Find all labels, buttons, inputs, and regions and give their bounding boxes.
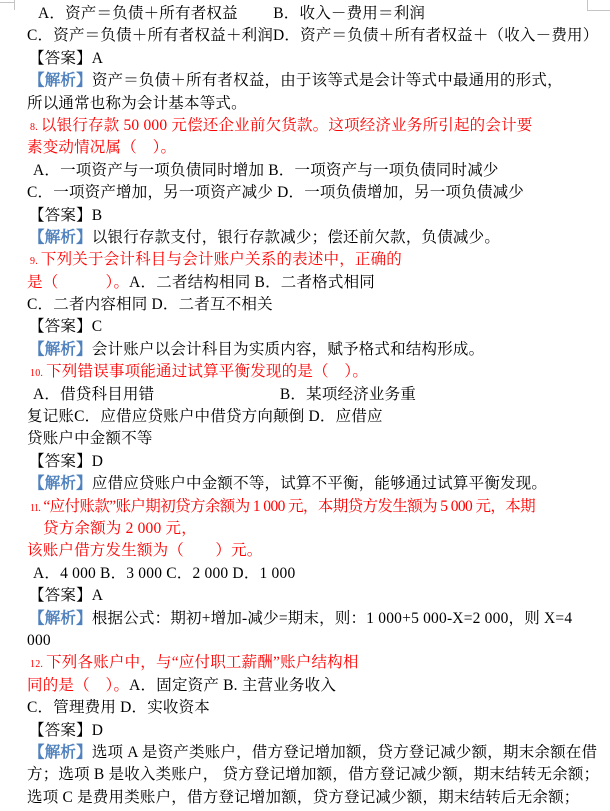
body-text: 根据公式：期初+增加-减少=期末，则：1 000+5 000-X=2 000，则… [92,610,572,627]
analysis-label: 【解析】 [29,610,92,627]
document-page: A．资产＝负债＋所有者权益 B．收入－费用＝利润C．资产＝负债＋所有者权益＋利润… [0,0,610,811]
body-text: 【答案】C [29,318,102,335]
analysis-label: 【解析】 [29,229,92,246]
question-text: 该账户借方发生额为（ ）元。 [27,542,263,559]
body-text: C．资产＝负债＋所有者权益＋利润D．资产＝负债＋所有者权益＋（收入－费用） [27,27,598,44]
question-line-q11: 11.“应付账款”账户期初贷方余额为 1 000 元，本期贷方发生额为 5 00… [0,496,610,518]
question-number: 12. [30,659,43,670]
answer-line-q7: 【答案】A [0,48,610,70]
answer-line-q12: 【答案】D [0,720,610,742]
question-line-q11-cont1: 贷方余额为 2 000 元， [0,518,610,540]
answer-line-q8: 【答案】B [0,205,610,227]
body-text: 资产＝负债＋所有者权益，由于该等式是会计等式中最通用的形式， [92,72,563,89]
question-line-q8-cont: 素变动情况属（ ）。 [0,137,610,159]
analysis-line-q11: 【解析】根据公式：期初+增加-减少=期末，则：1 000+5 000-X=2 0… [0,608,610,630]
options-line-q7-cd: C．资产＝负债＋所有者权益＋利润D．资产＝负债＋所有者权益＋（收入－费用） [0,25,610,47]
body-text: 选项 A 是资产类账户，借方登记增加额，贷方登记减少额，期末余额在借 [92,744,597,761]
answer-line-q9: 【答案】C [0,316,610,338]
body-text: 【答案】A [29,50,103,67]
question-text: 下列错误事项能通过试算平衡发现的是（ ）。 [46,363,368,380]
body-text: 【答案】B [29,207,102,224]
body-text: A．固定资产 B. 主营业务收入 [129,677,336,694]
question-text: 是（ ）。 [27,274,129,291]
body-text: 贷账户中金额不等 [27,430,153,447]
options-line-q10-ab: A．借贷科目用错 B．某项经济业务重 [0,384,610,406]
options-line-q12-cd: C．管理费用 D．实收资本 [0,697,610,719]
options-line-q8-ab: A．一项资产与一项负债同时增加 B．一项资产与一项负债同时减少 [0,160,610,182]
body-text: 应借应贷账户中金额不等，试算不平衡，能够通过试算平衡发现。 [92,475,547,492]
question-number: 11. [30,503,40,514]
options-line-q7-ab: A．资产＝负债＋所有者权益 B．收入－费用＝利润 [0,3,610,25]
body-text: A．一项资产与一项负债同时增加 B．一项资产与一项负债同时减少 [33,162,499,179]
options-line-q11: A．4 000 B．3 000 C．2 000 D．1 000 [0,563,610,585]
options-line-q10-cd: 复记账C．应借应贷账户中借贷方向颠倒 D．应借应 [0,406,610,428]
body-text: 方；选项 B 是收入类账户， 贷方登记增加额，借方登记减少额，期末结转无余额； [27,766,599,783]
body-text: C．管理费用 D．实收资本 [27,699,210,716]
body-text: A．二者结构相同 B．二者格式相同 [129,274,375,291]
question-line-q12-cont: 同的是（ ）。A．固定资产 B. 主营业务收入 [0,675,610,697]
body-text: A．借贷科目用错 B．某项经济业务重 [33,386,416,403]
analysis-line-q8: 【解析】以银行存款支付，银行存款减少；偿还前欠款，负债减少。 [0,227,610,249]
analysis-label: 【解析】 [29,72,92,89]
analysis-label: 【解析】 [29,341,92,358]
analysis-line-q9: 【解析】会计账户以会计科目为实质内容，赋予格式和结构形成。 [0,339,610,361]
body-text: 000 [27,632,51,649]
answer-line-q10: 【答案】D [0,451,610,473]
analysis-line-q12-cont2: 选项 C 是费用类账户，借方登记增加额，贷方登记减少额，期末结转后无余额； [0,787,610,809]
question-text: 素变动情况属（ ）。 [27,139,176,156]
question-text: 以银行存款 50 000 元偿还企业前欠货款。这项经济业务所引起的会计要 [41,117,533,134]
question-text: 下列各账户中，与“应付职工薪酬”账户结构相 [46,654,358,671]
body-text: A．资产＝负债＋所有者权益 B．收入－费用＝利润 [38,5,425,22]
body-text: 以银行存款支付，银行存款减少；偿还前欠款，负债减少。 [92,229,500,246]
analysis-line-q11-cont: 000 [0,630,610,652]
body-text: 【答案】A [29,587,103,604]
question-line-q11-cont2: 该账户借方发生额为（ ）元。 [0,540,610,562]
analysis-line-q12-cont1: 方；选项 B 是收入类账户， 贷方登记增加额，借方登记减少额，期末结转无余额； [0,764,610,786]
question-number: 8. [30,122,38,133]
body-text: A．4 000 B．3 000 C．2 000 D．1 000 [33,565,295,582]
document-content: A．资产＝负债＋所有者权益 B．收入－费用＝利润C．资产＝负债＋所有者权益＋利润… [0,3,610,809]
body-text: 所以通常也称为会计基本等式。 [27,95,247,112]
question-line-q9: 9.下列关于会计科目与会计账户关系的表述中，正确的 [0,249,610,271]
question-text: 贷方余额为 2 000 元， [43,520,197,537]
answer-line-q11: 【答案】A [0,585,610,607]
question-text: 下列关于会计科目与会计账户关系的表述中，正确的 [41,251,402,268]
question-line-q8: 8.以银行存款 50 000 元偿还企业前欠货款。这项经济业务所引起的会计要 [0,115,610,137]
question-text: 同的是（ ）。 [27,677,129,694]
analysis-line-q7-cont: 所以通常也称为会计基本等式。 [0,93,610,115]
analysis-label: 【解析】 [29,744,92,761]
analysis-line-q7: 【解析】资产＝负债＋所有者权益，由于该等式是会计等式中最通用的形式， [0,70,610,92]
options-line-q8-cd: C．一项资产增加，另一项资产减少 D．一项负债增加，另一项负债减少 [0,182,610,204]
question-text: “应付账款”账户期初贷方余额为 1 000 元，本期贷方发生额为 5 000 元… [43,498,535,515]
body-text: 选项 C 是费用类账户，借方登记增加额，贷方登记减少额，期末结转后无余额； [27,789,580,806]
body-text: 复记账C．应借应贷账户中借贷方向颠倒 D．应借应 [27,408,383,425]
analysis-line-q10: 【解析】应借应贷账户中金额不等，试算不平衡，能够通过试算平衡发现。 [0,473,610,495]
options-line-q9-cd: C．二者内容相同 D．二者互不相关 [0,294,610,316]
question-line-q10: 10.下列错误事项能通过试算平衡发现的是（ ）。 [0,361,610,383]
body-text: 【答案】D [29,722,103,739]
body-text: C．一项资产增加，另一项资产减少 D．一项负债增加，另一项负债减少 [27,184,524,201]
body-text: 会计账户以会计科目为实质内容，赋予格式和结构形成。 [92,341,485,358]
body-text: C．二者内容相同 D．二者互不相关 [27,296,273,313]
question-number: 9. [30,256,38,267]
question-line-q12: 12.下列各账户中，与“应付职工薪酬”账户结构相 [0,652,610,674]
body-text: 【答案】D [29,453,103,470]
question-line-q9-cont: 是（ ）。A．二者结构相同 B．二者格式相同 [0,272,610,294]
analysis-label: 【解析】 [29,475,92,492]
analysis-line-q12: 【解析】选项 A 是资产类账户，借方登记增加额，贷方登记减少额，期末余额在借 [0,742,610,764]
options-line-q10-cont: 贷账户中金额不等 [0,428,610,450]
question-number: 10. [30,368,43,379]
